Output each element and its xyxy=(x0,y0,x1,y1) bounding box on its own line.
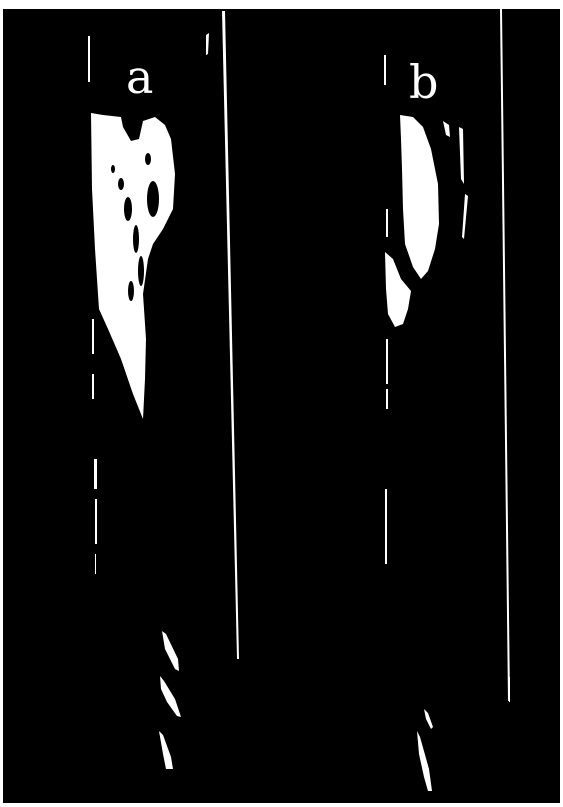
panel-b-strip-2 xyxy=(459,127,464,184)
panel-b-lower-blob xyxy=(385,252,411,327)
panel-b-left-edge-dash-3 xyxy=(386,389,388,409)
panel-b-white-region xyxy=(400,115,439,279)
panel-b-right-edge-line xyxy=(500,9,510,701)
panel-a-left-edge-dash-1 xyxy=(92,319,94,354)
panels-graphic xyxy=(3,9,560,803)
panel-b-right-edge-fragment xyxy=(509,677,510,702)
panel-a-left-edge-top xyxy=(88,36,90,82)
binary-image-field: a b xyxy=(3,9,560,803)
panel-b-left-edge-dash-1 xyxy=(386,209,388,237)
panel-a-left-edge-dash-2 xyxy=(92,374,94,399)
panel-a-right-edge-line xyxy=(222,11,239,659)
panel-b-left-edge-dash-2 xyxy=(386,339,388,384)
panel-a-streak-2 xyxy=(160,676,181,717)
panel-a-streak-1 xyxy=(162,631,179,671)
panel-b-strip-3 xyxy=(462,194,468,239)
panel-a-left-edge-dash-4 xyxy=(95,499,97,544)
panel-b-streak-2 xyxy=(417,731,432,791)
panel-a-white-region xyxy=(91,113,175,419)
panel-b-streak-1 xyxy=(424,709,433,729)
panel-b-strip-1 xyxy=(443,121,450,137)
panel-a-streak-3 xyxy=(159,731,173,769)
panel-a-top-fragment xyxy=(206,33,209,55)
panel-b-left-edge-top xyxy=(384,55,386,85)
panel-a-left-edge-dash-3 xyxy=(94,459,97,489)
panel-a-left-edge-dash-5 xyxy=(95,554,96,574)
panel-label-a: a xyxy=(126,54,153,100)
figure: a b xyxy=(0,0,563,807)
panel-label-b: b xyxy=(409,59,438,105)
panel-b-left-edge-dash-4 xyxy=(385,489,387,564)
